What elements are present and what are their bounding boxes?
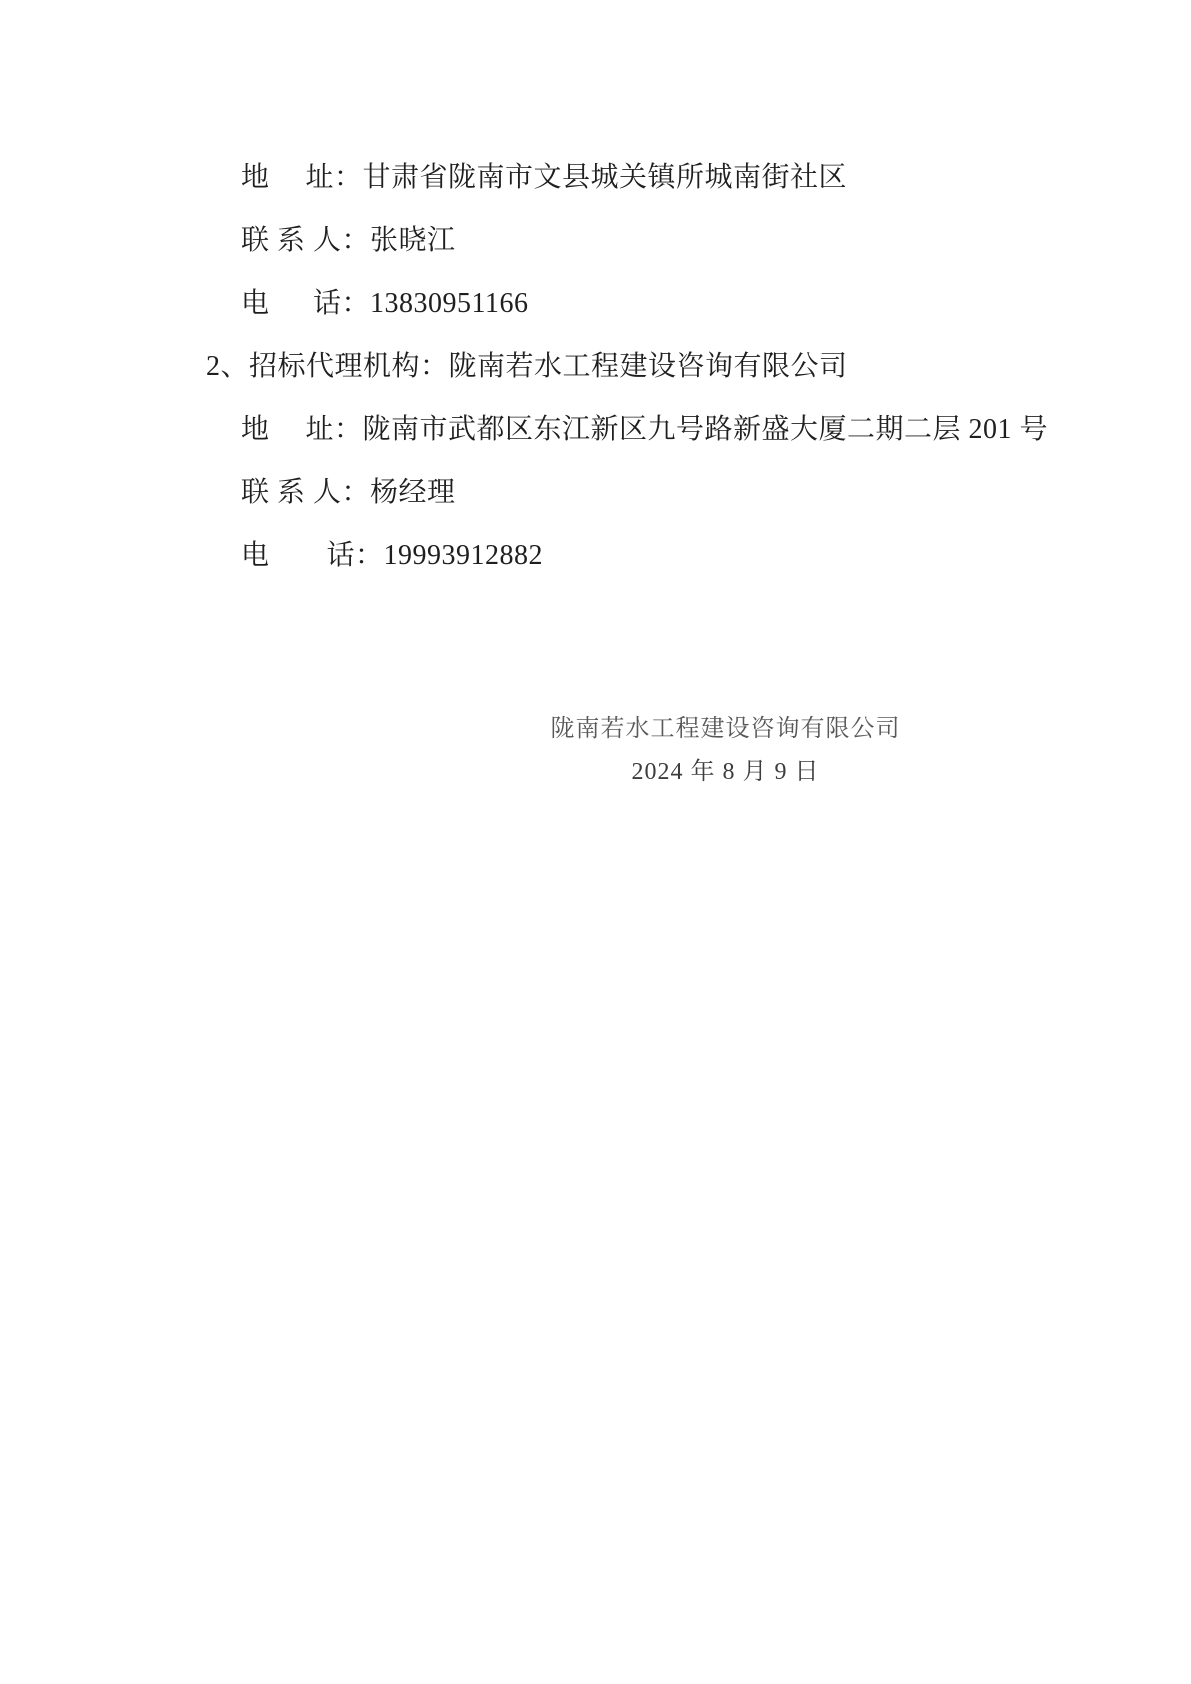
signature-block: 陇南若水工程建设咨询有限公司 2024 年 8 月 9 日 — [0, 708, 1191, 794]
agency-phone-line: 电 话：19993912882 — [0, 524, 1191, 587]
signature-date: 2024 年 8 月 9 日 — [260, 751, 1191, 794]
contact-info-section: 地 址：甘肃省陇南市文县城关镇所城南街社区 联 系 人：张晓江 电 话：1383… — [0, 146, 1191, 587]
agency-contact-person-line: 联 系 人：杨经理 — [0, 461, 1191, 524]
bidder-address-line: 地 址：甘肃省陇南市文县城关镇所城南街社区 — [0, 146, 1191, 209]
signature-company-name: 陇南若水工程建设咨询有限公司 — [260, 708, 1191, 751]
agency-address-line: 地 址：陇南市武都区东江新区九号路新盛大厦二期二层 201 号 — [0, 398, 1191, 461]
bidder-contact-person-line: 联 系 人：张晓江 — [0, 209, 1191, 272]
bidder-phone-line: 电 话：13830951166 — [0, 272, 1191, 335]
agency-heading-line: 2、招标代理机构：陇南若水工程建设咨询有限公司 — [0, 335, 1191, 398]
document-page: 地 址：甘肃省陇南市文县城关镇所城南街社区 联 系 人：张晓江 电 话：1383… — [0, 0, 1191, 1684]
